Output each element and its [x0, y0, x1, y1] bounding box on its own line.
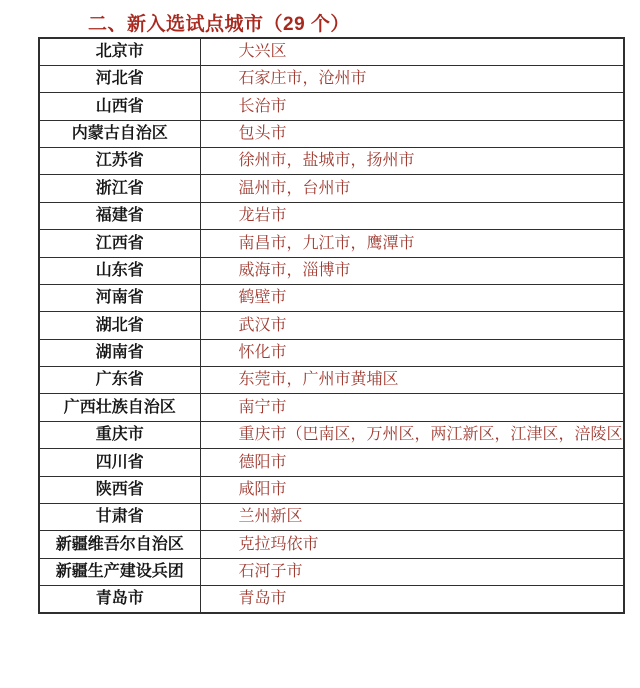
cities-cell: 龙岩市	[200, 202, 624, 229]
table-row: 山东省 威海市，淄博市	[39, 257, 624, 284]
table-row: 山西省 长治市	[39, 93, 624, 120]
region-cell: 湖北省	[39, 312, 200, 339]
table-row: 新疆生产建设兵团 石河子市	[39, 558, 624, 585]
cities-cell: 大兴区	[200, 38, 624, 65]
cities-cell: 怀化市	[200, 339, 624, 366]
table-row: 浙江省 温州市，台州市	[39, 175, 624, 202]
cities-cell: 咸阳市	[200, 476, 624, 503]
cities-cell: 青岛市	[200, 586, 624, 614]
region-cell: 江苏省	[39, 148, 200, 175]
cities-cell: 温州市，台州市	[200, 175, 624, 202]
table-row: 福建省 龙岩市	[39, 202, 624, 229]
table-row: 青岛市 青岛市	[39, 586, 624, 614]
cities-cell: 武汉市	[200, 312, 624, 339]
region-cell: 新疆维吾尔自治区	[39, 531, 200, 558]
table-row: 江苏省 徐州市，盐城市，扬州市	[39, 148, 624, 175]
region-cell: 广东省	[39, 367, 200, 394]
table-row: 四川省 德阳市	[39, 449, 624, 476]
cities-cell: 石河子市	[200, 558, 624, 585]
cities-cell: 包头市	[200, 120, 624, 147]
cities-cell: 威海市，淄博市	[200, 257, 624, 284]
cities-cell: 南昌市，九江市，鹰潭市	[200, 230, 624, 257]
region-cell: 浙江省	[39, 175, 200, 202]
region-cell: 福建省	[39, 202, 200, 229]
cities-cell: 石家庄市，沧州市	[200, 65, 624, 92]
table-row: 河北省 石家庄市，沧州市	[39, 65, 624, 92]
region-cell: 河南省	[39, 284, 200, 311]
region-cell: 北京市	[39, 38, 200, 65]
table-row: 北京市 大兴区	[39, 38, 624, 65]
table-row: 重庆市 重庆市（巴南区，万州区，两江新区，江津区，涪陵区）	[39, 421, 624, 448]
cities-cell: 东莞市，广州市黄埔区	[200, 367, 624, 394]
cities-cell: 克拉玛依市	[200, 531, 624, 558]
table-row: 内蒙古自治区 包头市	[39, 120, 624, 147]
cities-cell: 南宁市	[200, 394, 624, 421]
region-cell: 新疆生产建设兵团	[39, 558, 200, 585]
region-cell: 青岛市	[39, 586, 200, 614]
table-row: 广东省 东莞市，广州市黄埔区	[39, 367, 624, 394]
cities-cell: 徐州市，盐城市，扬州市	[200, 148, 624, 175]
region-cell: 广西壮族自治区	[39, 394, 200, 421]
region-cell: 山西省	[39, 93, 200, 120]
region-cell: 河北省	[39, 65, 200, 92]
cities-cell: 重庆市（巴南区，万州区，两江新区，江津区，涪陵区）	[200, 421, 624, 448]
table-row: 湖南省 怀化市	[39, 339, 624, 366]
table-row: 新疆维吾尔自治区 克拉玛依市	[39, 531, 624, 558]
region-cell: 重庆市	[39, 421, 200, 448]
region-cell: 陕西省	[39, 476, 200, 503]
cities-cell: 长治市	[200, 93, 624, 120]
region-cell: 江西省	[39, 230, 200, 257]
region-cell: 山东省	[39, 257, 200, 284]
region-cell: 甘肃省	[39, 503, 200, 530]
table-row: 江西省 南昌市，九江市，鹰潭市	[39, 230, 624, 257]
table-row: 甘肃省 兰州新区	[39, 503, 624, 530]
cities-cell: 鹤壁市	[200, 284, 624, 311]
pilot-cities-table: 北京市 大兴区 河北省 石家庄市，沧州市 山西省 长治市 内蒙古自治区 包头市 …	[38, 37, 625, 614]
table-row: 广西壮族自治区 南宁市	[39, 394, 624, 421]
region-cell: 内蒙古自治区	[39, 120, 200, 147]
table-row: 陕西省 咸阳市	[39, 476, 624, 503]
page-title: 二、新入选试点城市（29 个）	[88, 9, 350, 36]
table-row: 湖北省 武汉市	[39, 312, 624, 339]
table-row: 河南省 鹤壁市	[39, 284, 624, 311]
cities-cell: 德阳市	[200, 449, 624, 476]
region-cell: 四川省	[39, 449, 200, 476]
document-page: 二、新入选试点城市（29 个） 北京市 大兴区 河北省 石家庄市，沧州市 山西省…	[0, 0, 640, 688]
region-cell: 湖南省	[39, 339, 200, 366]
cities-cell: 兰州新区	[200, 503, 624, 530]
